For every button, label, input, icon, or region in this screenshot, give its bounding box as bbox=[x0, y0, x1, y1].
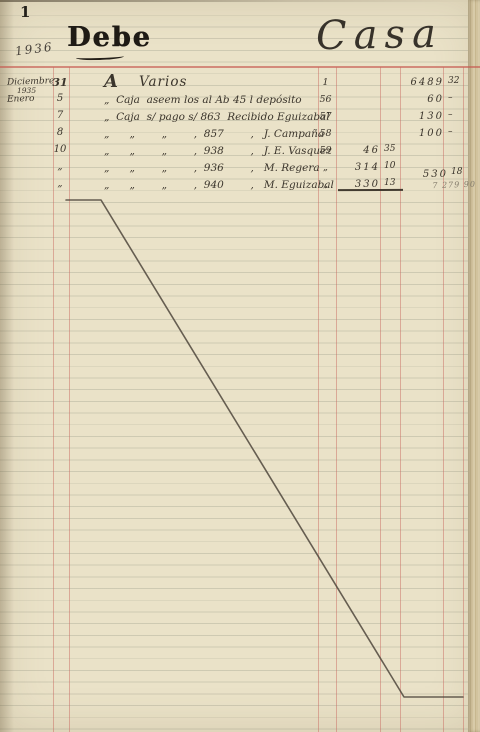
ledger-page-scan: 1 Debe Casa 1936 Diciembre 1935 31 A Var… bbox=[0, 0, 480, 732]
crossout-line bbox=[0, 0, 480, 732]
